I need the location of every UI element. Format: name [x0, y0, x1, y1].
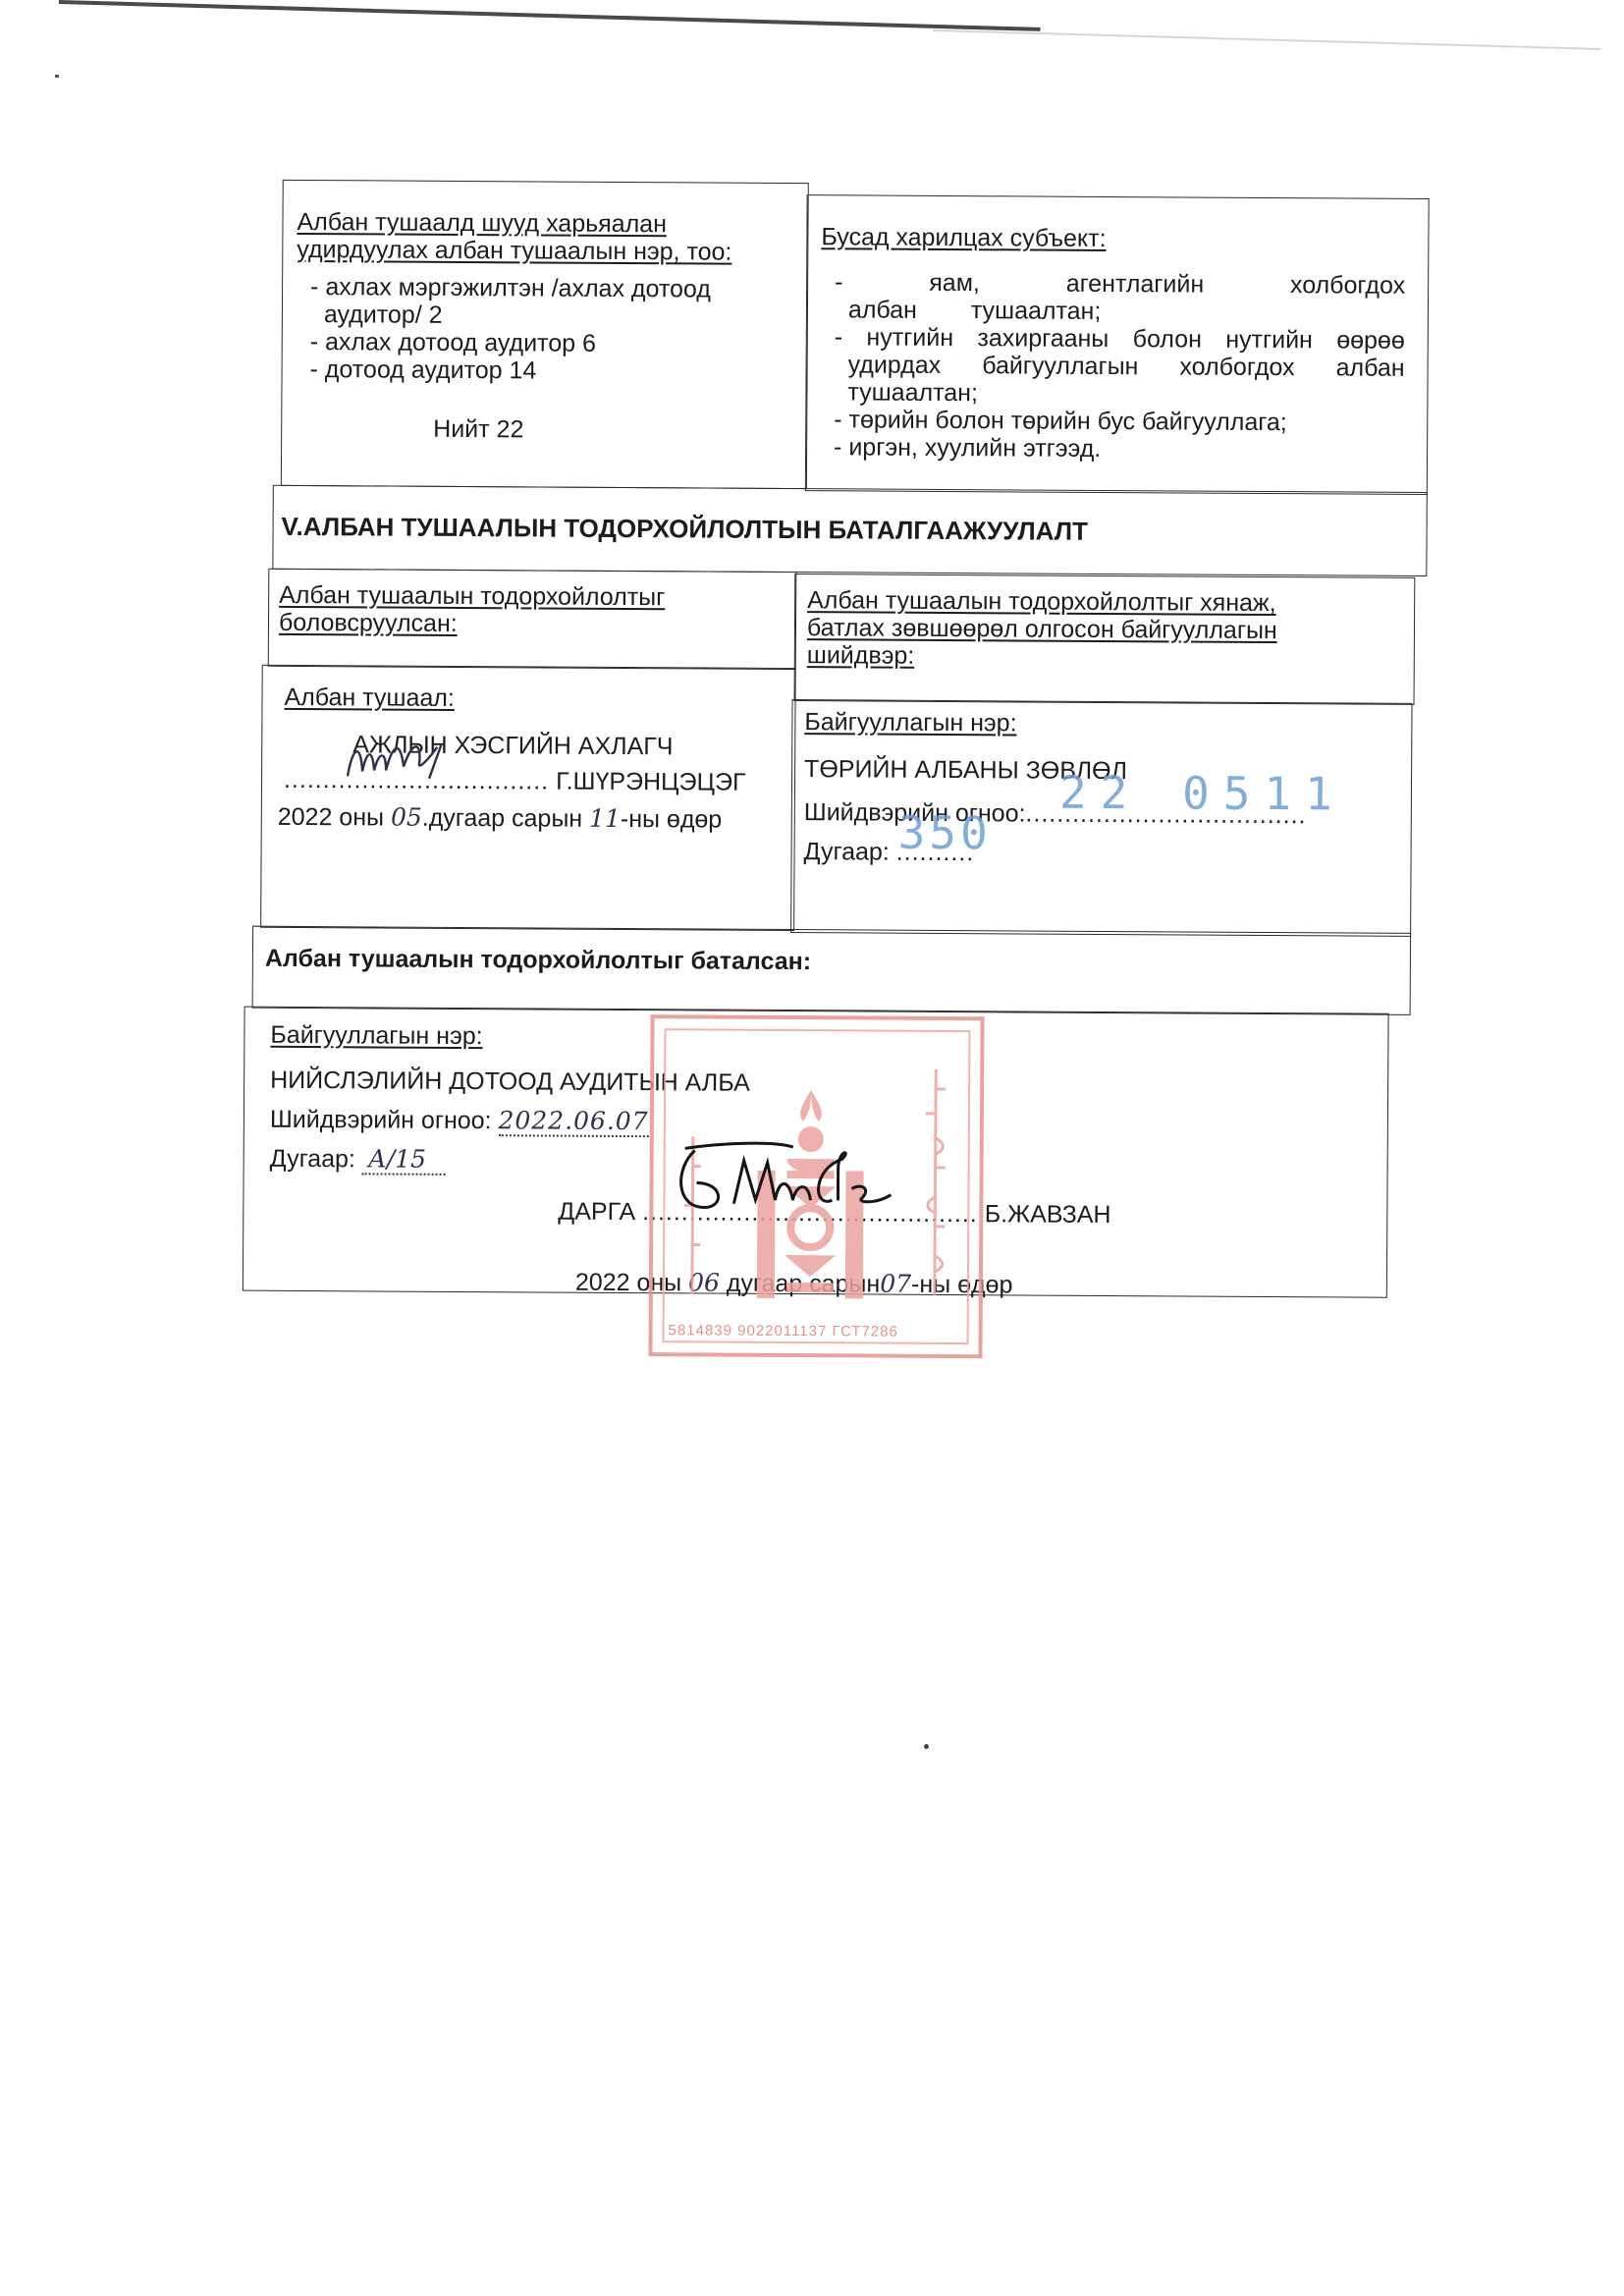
director-signature-icon — [665, 1138, 920, 1219]
date-mid: .дугаар сарын — [422, 804, 583, 833]
document-page: Албан тушаалд шууд харьяалан удирдуулах … — [0, 0, 1624, 2296]
decision-date-label: Шийдвэрийн огноо: — [270, 1106, 492, 1134]
prepared-date: 2022 оны 05.дугаар сарын 11-ны өдөр — [278, 803, 785, 834]
subordinates-cell: Албан тушаалд шууд харьяалан удирдуулах … — [281, 180, 809, 489]
number-stamp: 350 — [898, 819, 992, 847]
approved-signer-name: Б.ЖАВЗАН — [985, 1200, 1111, 1229]
scan-dot — [924, 1744, 929, 1749]
reviewed-heading: Албан тушаалын тодорхойлолтыг хянаж, бат… — [807, 586, 1358, 672]
other-contacts-heading: Бусад харилцах субъект: — [821, 223, 1414, 254]
approved-heading: Албан тушаалын тодорхойлолтыг баталсан: — [265, 945, 1410, 980]
contact-item: - төрийн болон төрийн бус байгууллага; — [820, 406, 1404, 437]
reviewed-details-cell: Байгууллагын нэр: ТӨРИЙН АЛБАНЫ ЗӨВЛӨЛ Ш… — [790, 699, 1412, 937]
decision-date-value: 2022.06.07 — [498, 1106, 648, 1137]
prepared-signature-line: .................................. Г.ШҮР… — [284, 766, 785, 796]
prepared-signature-icon — [343, 727, 451, 787]
contact-item: - яам, агентлагийн холбогдох албан тушаа… — [821, 268, 1405, 327]
other-contacts-cell: Бусад харилцах субъект: - яам, агентлаги… — [805, 194, 1430, 495]
subordinate-item: - дотоод аудитор 14 — [296, 355, 792, 386]
subordinates-list: - ахлах мэргэжилтэн /ахлах дотоод аудито… — [296, 273, 793, 386]
date-day: 11 — [589, 804, 621, 833]
prepared-signer-name: Г.ШҮРЭНЦЭЦЭГ — [556, 768, 746, 796]
position-label: Албан тушаал: — [284, 683, 785, 714]
number-value: А/15 — [362, 1144, 446, 1175]
section-v-title-row: V.АЛБАН ТУШААЛЫН ТОДОРХОЙЛОЛТЫН БАТАЛГАА… — [272, 485, 1428, 576]
subordinates-total: Нийт 22 — [433, 415, 792, 445]
section-v-title: V.АЛБАН ТУШААЛЫН ТОДОРХОЙЛОЛТЫН БАТАЛГАА… — [282, 512, 1427, 549]
date-prefix: 2022 оны — [278, 803, 384, 832]
number-label: Дугаар: — [270, 1145, 355, 1174]
reviewed-number: Дугаар: .......... 350 — [804, 838, 1401, 869]
contact-item: - нутгийн захиргааны болон нутгийн өөрөө… — [820, 323, 1405, 410]
approved-heading-cell: Албан тушаалын тодорхойлолтыг баталсан: — [252, 926, 1411, 1015]
number-label: Дугаар: — [804, 838, 890, 866]
subordinate-item: - ахлах дотоод аудитор 6 — [297, 328, 793, 358]
date-month: 05 — [391, 803, 422, 832]
other-contacts-list: - яам, агентлагийн холбогдох албан тушаа… — [820, 268, 1405, 465]
reviewed-decision-date: Шийдвэрийн огноо:.......................… — [804, 798, 1401, 830]
contact-item: - иргэн, хуулийн этгээд. — [820, 433, 1404, 465]
stamp-registration-code: 5814839 9022011137 ГСТ7286 — [669, 1322, 898, 1339]
subordinate-item: - ахлах мэргэжилтэн /ахлах дотоод аудито… — [297, 273, 776, 331]
decision-date-stamp: 22 0511 — [1059, 779, 1346, 808]
reviewed-org-label: Байгууллагын нэр: — [804, 708, 1401, 739]
reviewed-heading-cell: Албан тушаалын тодорхойлолтыг хянаж, бат… — [794, 574, 1416, 705]
signer-title: ДАРГА — [558, 1198, 635, 1226]
prepared-heading: Албан тушаалын тодорхойлолтыг боловсруул… — [279, 581, 740, 639]
date-suffix: -ны өдөр — [621, 805, 723, 834]
subordinates-heading: Албан тушаалд шууд харьяалан удирдуулах … — [297, 208, 787, 266]
scan-dot — [55, 75, 59, 78]
prepared-heading-cell: Албан тушаалын тодорхойлолтыг боловсруул… — [268, 569, 797, 670]
prepared-details-cell: Албан тушаал: АЖЛЫН ХЭСГИЙН АХЛАГЧ .....… — [260, 665, 796, 931]
mongolian-script-icon — [920, 1069, 950, 1295]
